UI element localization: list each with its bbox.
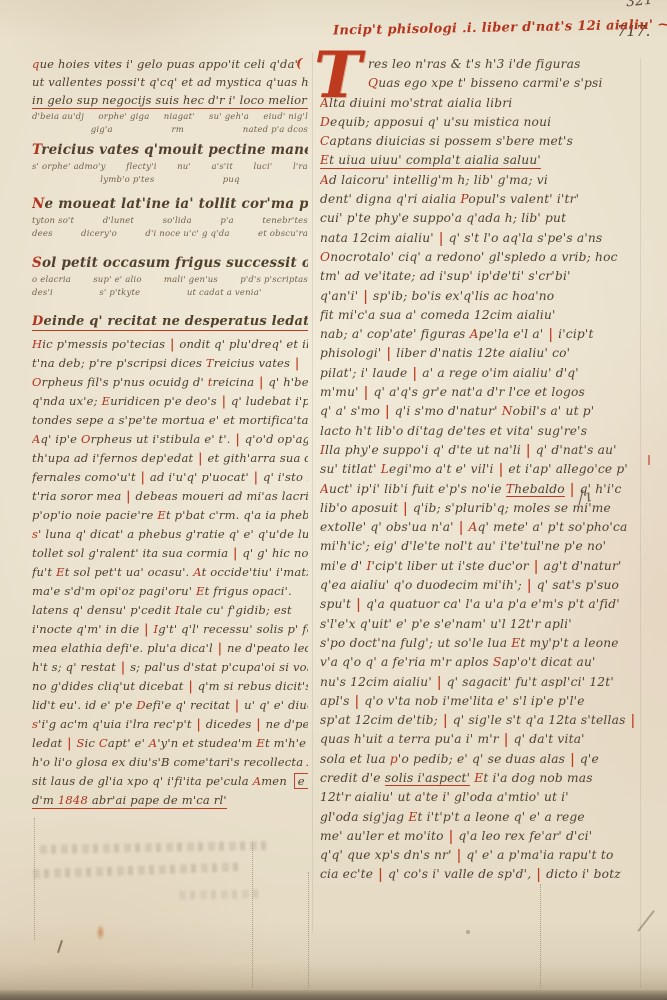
red-ink-stroke: | — [449, 827, 454, 846]
manuscript-line: nata 12cim aialiu' | q' s't l'o aq'la s'… — [320, 229, 638, 248]
manuscript-line: Deinde q' recitat ne desperatus ledat — [32, 313, 308, 333]
gloss-word: d'lunet — [103, 215, 134, 228]
red-ink-stroke: | — [527, 576, 532, 595]
gloss-word: nated p'a dcos — [243, 124, 308, 137]
manuscript-line: Sol petit occasum frigus successit opacu… — [32, 255, 308, 273]
red-touched-text: C — [99, 736, 108, 750]
red-touched-text: I — [367, 559, 372, 573]
red-touched-text: D — [32, 314, 43, 329]
manuscript-line: Captans diuicias si possem s'bere met's — [320, 132, 638, 151]
red-touched-text: A — [149, 736, 158, 750]
manuscript-line: quas h'uit a terra pu'a i' m'r | q' da't… — [320, 730, 638, 749]
red-ink-stroke: | — [295, 355, 299, 373]
interlinear-gloss-row: des'is' p'tkyteut cadat a venia' — [32, 287, 308, 300]
manuscript-line: sit laus de gl'ia xpo q' i'fi'ita pe'cul… — [32, 773, 308, 792]
gloss-word: orphe' giga — [98, 111, 149, 124]
gloss-word: et obscu'ra — [258, 228, 308, 241]
gloss-word: lymb'o p'tes — [100, 174, 154, 187]
red-touched-text: S — [493, 655, 502, 669]
manuscript-line: apl's | q'o v'ta nob i'me'lita e' s'l ip… — [320, 692, 638, 711]
red-touched-text: A — [32, 432, 41, 446]
manuscript-line: s'po doct'na fulg'; ut so'le lua Et my'p… — [320, 634, 638, 653]
section-intro: que hoies vites i' gelo puas appo'it cel… — [32, 56, 308, 110]
manuscript-line: th'upa ad i'fernos dep'edat | et gith'ar… — [32, 450, 308, 469]
interlinear-gloss-row: lymb'o p'tespuq — [32, 174, 308, 187]
manuscript-line: t'na deb; p're p'scripsi dices Treicius … — [32, 355, 308, 374]
manuscript-line: tm' ad ve'itate; ad i'sup' ip'de'ti' s'c… — [320, 267, 638, 286]
red-touched-text: E — [196, 584, 205, 598]
manuscript-line: tollet sol g'ralent' ita sua cormia | q'… — [32, 545, 308, 564]
section-gloss: o elacriasup' e' aliomali' gen'usp'd's p… — [32, 274, 308, 300]
red-ink-stroke: | — [570, 480, 575, 499]
red-touched-text: O — [32, 375, 42, 389]
manuscript-line: Dequib; apposui q' u'su mistica noui — [320, 113, 638, 132]
manuscript-page: 321 717. Incip't phisologi .i. liber d'n… — [0, 0, 667, 1000]
interlinear-gloss-row: s' orphe' admo'yflecty'inu'a's'itluci'l'… — [32, 161, 308, 174]
red-touched-text: T — [32, 142, 41, 158]
gloss-word: tenebr'tes — [262, 215, 308, 228]
red-ink-stroke: | — [387, 344, 392, 363]
interlinear-gloss-row: tyton so'td'lunetso'lidap'atenebr'tes — [32, 215, 308, 228]
gloss-word: eiud' nig'l — [263, 111, 308, 124]
manuscript-line: Onocrotalo' ciq' a redono' gl'spledo a v… — [320, 248, 638, 267]
pen-slash-mark — [57, 940, 63, 953]
red-ink-stroke: | — [170, 336, 174, 354]
manuscript-line: 12t'r aialiu' ut a'te i' gl'oda a'mtio' … — [320, 788, 638, 807]
red-underlined-line: Deinde q' recitat ne desperatus ledat — [32, 314, 308, 331]
manuscript-line: ut vallentes possi't q'cq' et ad mystica… — [32, 74, 308, 92]
red-touched-text: I — [153, 622, 158, 636]
manuscript-line: cui' p'te phy'e suppo'a q'ada h; lib' pu… — [320, 209, 638, 228]
manuscript-line: extolle' q' obs'ua n'a' | Aq' mete' a' p… — [320, 518, 638, 537]
red-touched-text: E — [408, 810, 417, 824]
manuscript-line: in gelo sup negocijs suis hec d'r i' loc… — [32, 92, 308, 110]
red-ink-stroke: | — [457, 846, 462, 865]
manuscript-line: pilat'; i' laude | a' a rege o'im aialiu… — [320, 364, 638, 383]
red-ink-stroke: | — [378, 865, 383, 884]
manuscript-line: q'nda ux'e; Euridicen p'e deo's | q' lud… — [32, 393, 308, 412]
red-ink-stroke: | — [499, 460, 504, 479]
gloss-word: o elacria — [32, 274, 71, 287]
red-touched-text: L — [381, 462, 389, 476]
manuscript-line: fernales como'u't | ad i'u'q' p'uocat' |… — [32, 469, 308, 488]
red-touched-text: E — [511, 636, 520, 650]
manuscript-line: m'mu' | q' a'q's gr'e nat'a d'r l'ce et … — [320, 383, 638, 402]
red-touched-text: O — [81, 432, 91, 446]
red-touched-text: S — [32, 255, 42, 271]
manuscript-line: s'l'e'x q'uit' e' p'e s'e'nam' u'l 12t'r… — [320, 615, 638, 634]
red-underlined-line: d'm 1848 abr'ai pape de m'ca rl' — [32, 793, 227, 809]
gloss-word: tyton so't — [32, 215, 74, 228]
red-ink-stroke: | — [536, 865, 541, 884]
manuscript-line: Ne moueat lat'ine ia' tollit cor'ma pheb… — [32, 196, 308, 214]
red-ink-stroke: | — [144, 621, 148, 639]
red-touched-text: E — [56, 565, 65, 579]
red-touched-text: E — [157, 508, 166, 522]
red-ink-stroke: | — [355, 692, 360, 711]
red-ink-stroke: | — [197, 716, 201, 734]
manuscript-line: nab; a' cop'ate' figuras Ape'la e'l a' |… — [320, 325, 638, 344]
old-foliation-number: 321 — [625, 0, 653, 10]
red-ink-stroke: | — [364, 383, 369, 402]
red-margin-dash — [648, 455, 650, 465]
gloss-word: p'd's p'scriptas — [240, 274, 308, 287]
gloss-word: ut cadat a venia' — [187, 287, 262, 300]
interlinear-gloss-row: deesdicery'od'i noce u'c' g q'daet obscu… — [32, 228, 308, 241]
gloss-word: luci' — [253, 161, 272, 174]
red-touched-text: A — [320, 482, 329, 496]
manuscript-line: q'q' que xp's dn's nr' | q' e' a p'ma'ia… — [320, 846, 638, 865]
red-touched-text: A — [320, 96, 329, 110]
manuscript-line: q' a' s'mo | q'i s'mo d'natur' Nobil's a… — [320, 402, 638, 421]
gloss-word: dicery'o — [81, 228, 117, 241]
red-touched-text: A — [470, 327, 479, 341]
red-ink-stroke: | — [534, 557, 539, 576]
red-touched-text: q — [32, 57, 40, 71]
red-touched-text: D — [136, 698, 145, 712]
manuscript-line: h'o li'o glosa ex diu's'B come'tari's re… — [32, 754, 308, 773]
manuscript-line: mi'h'ic'; eig' d'le'te nol't au' i'te'tu… — [320, 537, 638, 556]
gloss-word: l'ra — [293, 161, 308, 174]
red-touched-text: A — [320, 173, 329, 187]
manuscript-line: latens q' densu' p'cedit Itale cu' f'gid… — [32, 602, 308, 621]
red-ink-stroke: | — [385, 402, 390, 421]
red-touched-text: C — [320, 134, 330, 148]
red-ink-stroke: | — [188, 678, 192, 696]
manuscript-line: s' luna q' dicat' a phebus g'ratie q' e'… — [32, 526, 308, 545]
manuscript-line: ma'e s'd'm opi'oz pagi'oru' Et frigus op… — [32, 583, 308, 602]
red-ink-stroke: | — [548, 325, 553, 344]
manuscript-line: Alta diuini mo'strat aialia libri — [320, 94, 638, 113]
red-touched-text: E — [256, 736, 265, 750]
gloss-word: su' geh'a — [209, 111, 249, 124]
manuscript-line: Quas ego xpe t' bisseno carmi'e s'psi — [320, 74, 638, 93]
red-ink-stroke: | — [459, 518, 464, 537]
red-touched-text: P — [460, 192, 468, 206]
manuscript-line: ledat | Sic Capt' e' A'y'n et studea'm E… — [32, 735, 308, 754]
manuscript-line: sola et lua p'o pedib; e' q' se duas ala… — [320, 750, 638, 769]
red-ink-stroke: | — [235, 697, 239, 715]
manuscript-line: Aq' ip'e Orpheus ut i'stibula e' t'. | q… — [32, 431, 308, 450]
manuscript-line: mi'e d' I'cip't liber ut i'ste duc'or | … — [320, 557, 638, 576]
red-touched-text: S — [76, 736, 84, 750]
section-body: Hic p'messis po'tecias | ondit q' plu'dr… — [32, 336, 308, 811]
red-touched-text: 1848 — [58, 793, 88, 807]
gloss-word: so'lida — [163, 215, 192, 228]
manuscript-line: s'i'g ac'm q'uia i'lra rec'p't | dicedes… — [32, 716, 308, 735]
red-underlined-text: Thebaldo — [506, 482, 565, 497]
red-ink-stroke: | — [126, 488, 130, 506]
red-ink-stroke: | — [198, 450, 202, 468]
manuscript-line: Treicius vates q'mouit pectine manes — [32, 142, 308, 160]
red-underlined-line: in gelo sup negocijs suis hec d'r i' loc… — [32, 93, 308, 109]
manuscript-line: res leo n'ras & t's h'3 i'de figuras — [320, 55, 638, 74]
gloss-word: p'a — [220, 215, 233, 228]
gloss-word: niagat' — [164, 111, 195, 124]
gloss-word: mali' gen'us — [164, 274, 218, 287]
red-ink-stroke: | — [235, 431, 239, 449]
gloss-word: dees — [32, 228, 53, 241]
section-verse: Ne moueat lat'ine ia' tollit cor'ma pheb… — [32, 196, 308, 214]
ink-dot — [466, 930, 470, 934]
red-ink-stroke: | — [526, 441, 531, 460]
red-ink-stroke: | — [67, 735, 71, 753]
manuscript-line: q'an'i' | sp'ib; bo'is ex'q'lis ac hoa'n… — [320, 287, 638, 306]
gloss-word: s' p'tkyte — [99, 287, 140, 300]
gloss-word: nu' — [177, 161, 191, 174]
red-ink-stroke: | — [254, 469, 258, 487]
manuscript-line: Ad laicoru' intellig'm h; lib' g'ma; vi — [320, 171, 638, 190]
page-bottom-edge — [0, 990, 667, 1000]
rust-stain — [96, 924, 105, 941]
red-touched-text: A — [307, 755, 308, 769]
gloss-word: flecty'i — [126, 161, 157, 174]
red-touched-text: E — [474, 771, 483, 785]
red-touched-text: Q — [368, 76, 378, 90]
manuscript-line: p'op'io noie pacie're Et p'bat c'rm. q'a… — [32, 507, 308, 526]
red-ink-stroke: | — [356, 595, 361, 614]
section-gloss: tyton so'td'lunetso'lidap'atenebr'tesdee… — [32, 215, 308, 241]
page-bottom-shadow — [0, 962, 667, 990]
column-crease-line — [312, 52, 313, 932]
red-touched-text: D — [320, 115, 330, 129]
gloss-word: sup' e' alio — [93, 274, 141, 287]
red-touched-text: N — [502, 404, 513, 418]
red-ink-stroke: | — [631, 711, 636, 730]
red-touched-text: T — [506, 482, 514, 496]
manuscript-line: Illa phy'e suppo'i q' d'te ut na'li | q'… — [320, 441, 638, 460]
manuscript-line: credit d'e solis i'aspect' Et i'a dog no… — [320, 769, 638, 788]
red-touched-text: s — [32, 527, 38, 541]
section-verse: Sol petit occasum frigus successit opacu… — [32, 255, 308, 273]
manuscript-line: h't s; q' restat | s; pal'us d'stat p'cu… — [32, 659, 308, 678]
showthrough-text — [38, 841, 266, 854]
red-touched-text: A — [253, 774, 262, 788]
gloss-word: d'i noce u'c' g q'da — [145, 228, 229, 241]
red-ink-stroke: | — [141, 469, 145, 487]
manuscript-line: su' titlat' Legi'mo a't e' vil'i | et i'… — [320, 460, 638, 479]
red-touched-text: p — [390, 752, 398, 766]
interlinear-gloss-row: o elacriasup' e' aliomali' gen'usp'd's p… — [32, 274, 308, 287]
interlinear-gloss-row: d'beia au'djorphe' giganiagat'su' geh'ae… — [32, 111, 308, 124]
red-ink-stroke: | — [233, 545, 237, 563]
red-ink-stroke: | — [121, 659, 125, 677]
right-crease-line — [640, 58, 641, 988]
manuscript-line: dent' digna q'ri aialia Popul's valent' … — [320, 190, 638, 209]
section-heading: Deinde q' recitat ne desperatus ledat — [32, 313, 308, 333]
manuscript-line: fit mi'c'a sua a' comeda 12cim aialiu' — [320, 306, 638, 325]
manuscript-line: me' au'ler et mo'ito | q'a leo rex fe'ar… — [320, 827, 638, 846]
manuscript-line: gl'oda sig'jag Et i't'p't a leone q' e' … — [320, 808, 638, 827]
gloss-word: a's'it — [212, 161, 233, 174]
manuscript-line: Et uiua uiuu' compla't aialia saluu' — [320, 151, 638, 170]
red-ink-stroke: | — [413, 364, 418, 383]
rubric-title: Incip't phisologi .i. liber d'nat's 12i … — [333, 19, 613, 39]
red-touched-text: A — [469, 520, 478, 534]
red-touched-text: E — [102, 394, 111, 408]
red-ink-stroke: | — [403, 499, 408, 518]
right-text-column: res leo n'ras & t's h'3 i'de figurasQuas… — [320, 55, 638, 885]
red-touched-text: E — [320, 153, 329, 167]
red-touched-text: s — [32, 717, 38, 731]
section-gloss: d'beia au'djorphe' giganiagat'su' geh'ae… — [32, 111, 308, 137]
manuscript-line: nu's 12cim aialiu' | q' sagacit' fu't as… — [320, 673, 638, 692]
red-touched-text: I — [320, 443, 325, 457]
manuscript-line: v'a q'o q' a fe'ria m'r aplos Sap'o't di… — [320, 653, 638, 672]
red-touched-text: H — [32, 337, 42, 351]
manuscript-line: t'ria soror mea | debeas moueri ad mi'as… — [32, 488, 308, 507]
manuscript-line: Orpheus fil's p'nus ocuidg d' treicina |… — [32, 374, 308, 393]
red-ink-stroke: | — [222, 393, 226, 411]
red-boxed-text: e dono — [294, 773, 308, 789]
interlinear-gloss-row: gig'armnated p'a dcos — [32, 124, 308, 137]
manuscript-line: phisologi' | liber d'natis 12te aialiu' … — [320, 344, 638, 363]
red-ink-stroke: | — [439, 229, 444, 248]
manuscript-line: lid't eu'. id e' p'e Defi'e q' recitat |… — [32, 697, 308, 716]
red-ink-stroke: | — [218, 640, 222, 658]
red-touched-text: N — [32, 196, 45, 212]
red-touched-text: T — [206, 356, 214, 370]
red-underlined-text: solis i'aspect' — [385, 771, 470, 786]
red-ink-stroke: | — [256, 716, 260, 734]
manuscript-line: no g'dides cliq'ut dicebat | q'm si rebu… — [32, 678, 308, 697]
red-ink-stroke: | — [259, 374, 263, 392]
manuscript-line: cia ec'te | q' co's i' valle de sp'd', |… — [320, 865, 638, 884]
red-ink-stroke: | — [504, 730, 509, 749]
section-gloss: s' orphe' admo'yflecty'inu'a's'itluci'l'… — [32, 161, 308, 187]
red-touched-text: O — [320, 250, 330, 264]
red-touched-text: I — [175, 603, 180, 617]
manuscript-line: tondes sepe a s'pe'te mortua e' et morti… — [32, 412, 308, 431]
manuscript-line: lacto h't lib'o di'tag de'tes et vita' s… — [320, 422, 638, 441]
manuscript-line: sp'at 12cim de'tib; | q' sig'le s't q'a … — [320, 711, 638, 730]
manuscript-line: Hic p'messis po'tecias | ondit q' plu'dr… — [32, 336, 308, 355]
gloss-word: gig'a — [91, 124, 113, 137]
gloss-word: puq — [223, 174, 240, 187]
gloss-word: s' orphe' admo'y — [32, 161, 106, 174]
red-ink-stroke: | — [443, 711, 448, 730]
manuscript-line: q'ea aialiu' q'o duodecim mi'ih'; | q' s… — [320, 576, 638, 595]
gloss-word: rm — [172, 124, 185, 137]
manuscript-line: d'm 1848 abr'ai pape de m'ca rl' — [32, 792, 308, 811]
red-underlined-line: Et uiua uiuu' compla't aialia saluu' — [320, 153, 541, 169]
gloss-word: d'beia au'dj — [32, 111, 84, 124]
left-text-column: que hoies vites i' gelo puas appo'it cel… — [32, 56, 308, 811]
red-ink-stroke: | — [437, 673, 442, 692]
red-ink-stroke: | — [363, 287, 368, 306]
section-verse: Treicius vates q'mouit pectine manes — [32, 142, 308, 160]
red-touched-text: t — [208, 375, 213, 389]
manuscript-line: fu't Et sol pet't ua' ocasu'. At occide'… — [32, 564, 308, 583]
showthrough-text — [178, 889, 258, 899]
ruling-line — [34, 818, 35, 940]
manuscript-line: spu't | q'a quatuor ca' l'a u'a p'a e'm'… — [320, 595, 638, 614]
showthrough-text — [28, 862, 238, 878]
gloss-word: des'i — [32, 287, 53, 300]
red-touched-text: A — [193, 565, 201, 579]
manuscript-line: que hoies vites i' gelo puas appo'it cel… — [32, 56, 308, 74]
red-ink-stroke: | — [570, 750, 575, 769]
manuscript-line: i'nocte q'm' in die | Ig't' q'l' recessu… — [32, 621, 308, 640]
manuscript-line: mea elathia defi'e. plu'a dica'l | ne d'… — [32, 640, 308, 659]
